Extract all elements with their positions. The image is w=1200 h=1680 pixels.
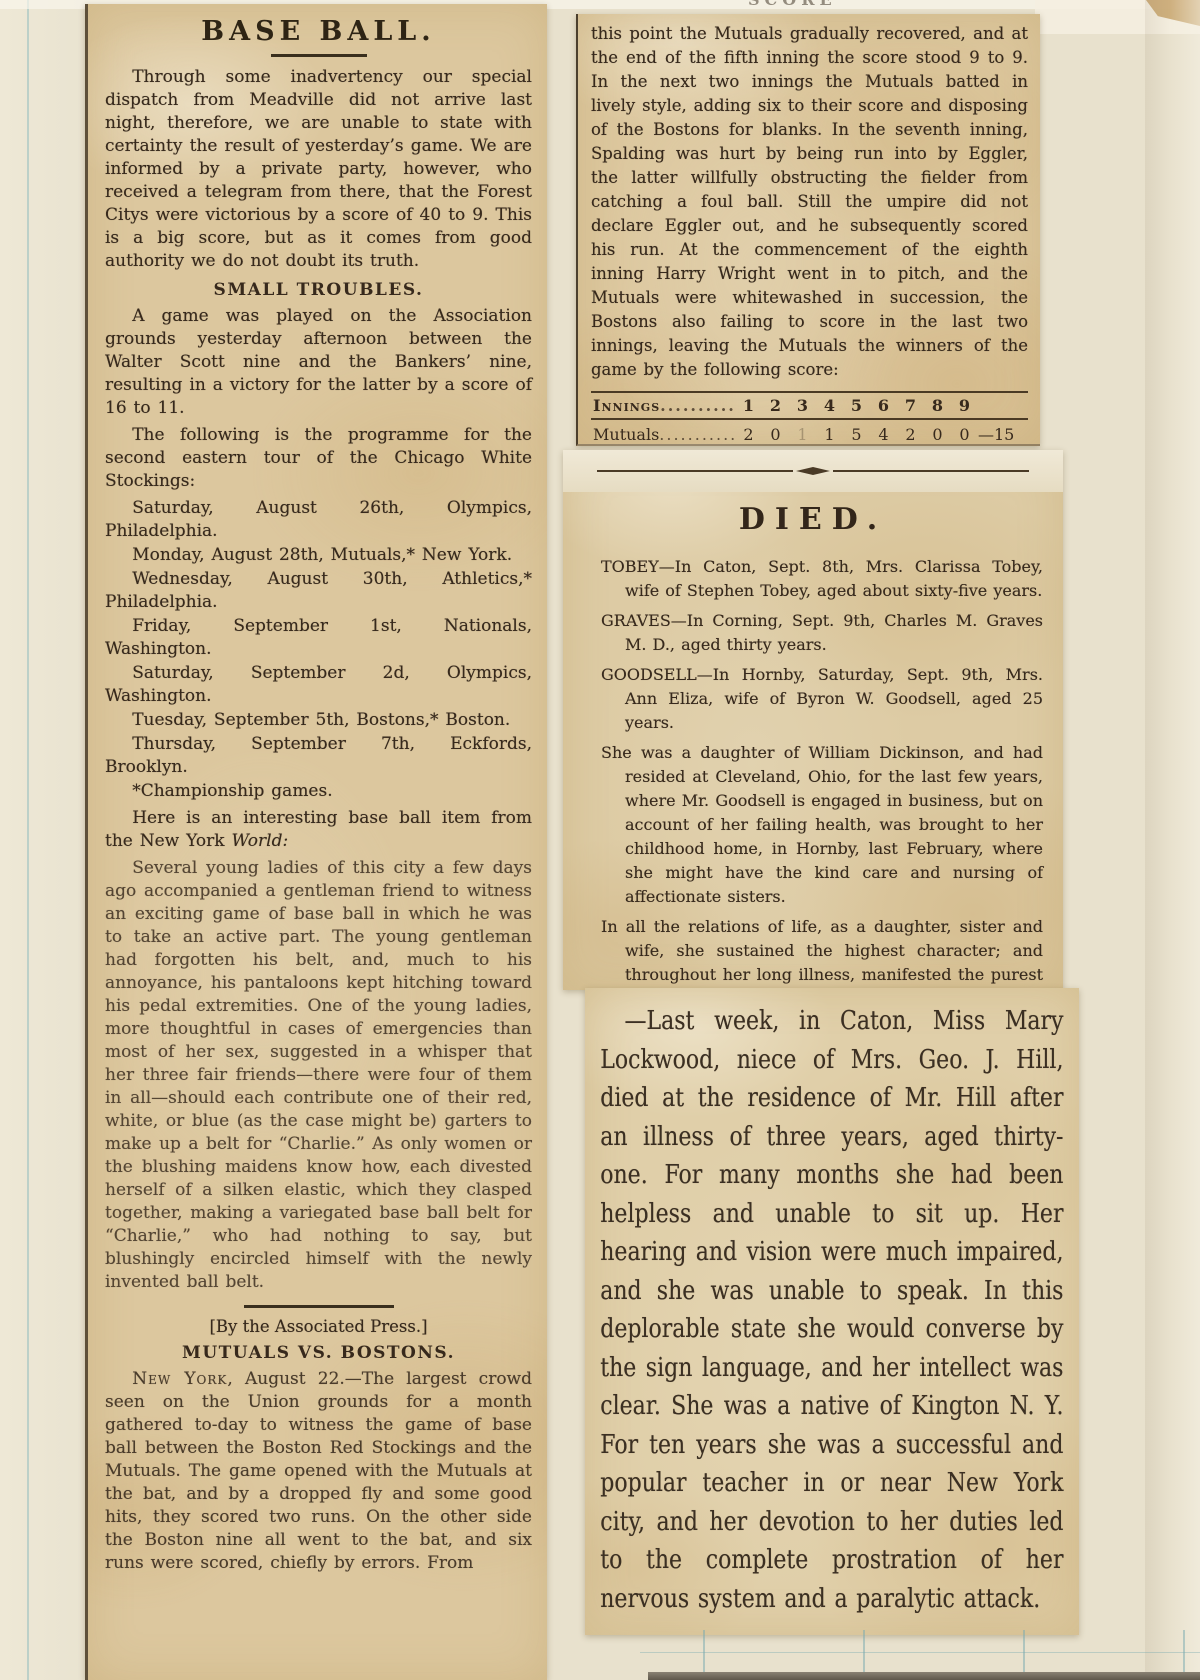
paragraph-continuation: this point the Mutuals gradually recover… (591, 22, 1028, 382)
obituary-list: TOBEY—In Caton, Sept. 8th, Mrs. Clarissa… (563, 555, 1063, 990)
obituary-paragraph-daughter: She was a daughter of William Dickinson,… (601, 741, 1043, 909)
game-report-text: , August 22.—The largest crowd seen on t… (105, 1369, 532, 1573)
inning-number: 6 (870, 396, 897, 415)
team-score-row-mutuals: Mutuals 2 0 1 1 5 4 2 0 0 —15 (591, 422, 1028, 446)
schedule-item: Monday, August 28th, Mutuals,* New York. (105, 544, 532, 567)
ledger-row-line (640, 1652, 1200, 1653)
relations-text: In all the relations of life, as a daugh… (601, 917, 1043, 990)
clipping-died: DIED. TOBEY—In Caton, Sept. 8th, Mrs. Cl… (563, 450, 1063, 990)
headline-rule (271, 54, 367, 57)
schedule-item: Saturday, August 26th, Olympics, Philade… (105, 497, 532, 543)
leader-dots (659, 425, 735, 444)
obituary-paragraph-relations: In all the relations of life, as a daugh… (601, 915, 1043, 990)
ornament-rule (563, 450, 1063, 492)
inning-number: 1 (735, 396, 762, 415)
schedule-item: Thursday, September 7th, Eckfords, Brook… (105, 733, 532, 779)
died-headline: DIED. (563, 502, 1063, 537)
schedule-item: Saturday, September 2d, Olympics, Washin… (105, 662, 532, 708)
baseball-headline: BASE BALL. (105, 16, 532, 47)
paragraph-game-report: New York, August 22.—The largest crowd s… (105, 1368, 532, 1575)
fragment-text: SCORE (748, 0, 888, 9)
ledger-margin-line (27, 0, 29, 1680)
obituary-entry-graves: GRAVES—In Corning, Sept. 9th, Charles M.… (601, 609, 1043, 657)
section-rule (244, 1305, 394, 1308)
clipping-baseball: BASE BALL. Through some inadvertency our… (85, 4, 547, 1680)
inning-number: 2 (762, 396, 789, 415)
score-cell: 2 (735, 425, 762, 444)
schedule-footnote: *Championship games. (105, 780, 532, 803)
inning-number: 8 (924, 396, 951, 415)
obituary-entry-tobey: TOBEY—In Caton, Sept. 8th, Mrs. Clarissa… (601, 555, 1043, 603)
ornament-line (833, 470, 1029, 472)
score-cell: 4 (870, 425, 897, 444)
diamond-ornament-icon (796, 467, 830, 475)
score-cell: 0 (951, 425, 978, 444)
schedule-item: Friday, September 1st, Nationals, Washin… (105, 615, 532, 661)
team-total: —15 (978, 425, 1026, 444)
lockwood-text-block: —Last week, in Caton, Miss Mary Lockwood… (585, 1002, 1079, 1618)
inning-number: 4 (816, 396, 843, 415)
line-score-table: Innings 1 2 3 4 5 6 7 8 9 Mutuals 2 0 1 … (591, 391, 1028, 446)
obituary-entry-goodsell: GOODSELL—In Hornby, Saturday, Sept. 9th,… (601, 663, 1043, 735)
score-cell: 0 (762, 425, 789, 444)
clipping-fragment-top: SCORE (748, 0, 888, 11)
score-cell: 5 (843, 425, 870, 444)
score-cell: 0 (924, 425, 951, 444)
paragraph-meadville: Through some inadvertency our special di… (105, 66, 532, 273)
clipping-game-continuation: this point the Mutuals gradually recover… (576, 14, 1040, 446)
inning-number: 9 (951, 396, 978, 415)
innings-header-row: Innings 1 2 3 4 5 6 7 8 9 (591, 391, 1028, 420)
score-cell: 1 (816, 425, 843, 444)
paragraph-young-ladies: Several young ladies of this city a few … (105, 857, 532, 1294)
page-right-fold (1145, 0, 1200, 1680)
subhead-small-troubles: SMALL TROUBLES. (105, 280, 532, 300)
paragraph-association-game: A game was played on the Association gro… (105, 305, 532, 420)
inning-number: 5 (843, 396, 870, 415)
score-cell: 2 (897, 425, 924, 444)
paragraph-world-intro: Here is an interesting base ball item fr… (105, 807, 532, 853)
inning-number: 7 (897, 396, 924, 415)
inning-number: 3 (789, 396, 816, 415)
subhead-mutuals-vs-bostons: MUTUALS VS. BOSTONS. (105, 1343, 532, 1363)
team-name: Mutuals (593, 425, 659, 444)
clipping-lockwood-obituary: —Last week, in Caton, Miss Mary Lockwood… (585, 988, 1079, 1635)
world-intro-text: Here is an interesting base ball item fr… (105, 808, 532, 851)
innings-label: Innings (593, 396, 660, 415)
lockwood-paragraph: —Last week, in Caton, Miss Mary Lockwood… (600, 1002, 1063, 1618)
page-bottom-edge (648, 1672, 1200, 1680)
schedule-item: Wednesday, August 30th, Athletics,* Phil… (105, 568, 532, 614)
album-left-margin (0, 0, 86, 1680)
dateline: New York (132, 1369, 227, 1389)
associated-press-byline: [By the Associated Press.] (105, 1317, 532, 1336)
ornament-line (597, 470, 793, 472)
paragraph-programme: The following is the programme for the s… (105, 424, 532, 493)
score-cell: 1 (789, 425, 816, 444)
scrapbook-page: SCORE BASE BALL. Through some inadverten… (0, 0, 1200, 1680)
leader-dots (660, 396, 735, 415)
world-title: World: (231, 831, 288, 851)
schedule-item: Tuesday, September 5th, Bostons,* Boston… (105, 709, 532, 732)
